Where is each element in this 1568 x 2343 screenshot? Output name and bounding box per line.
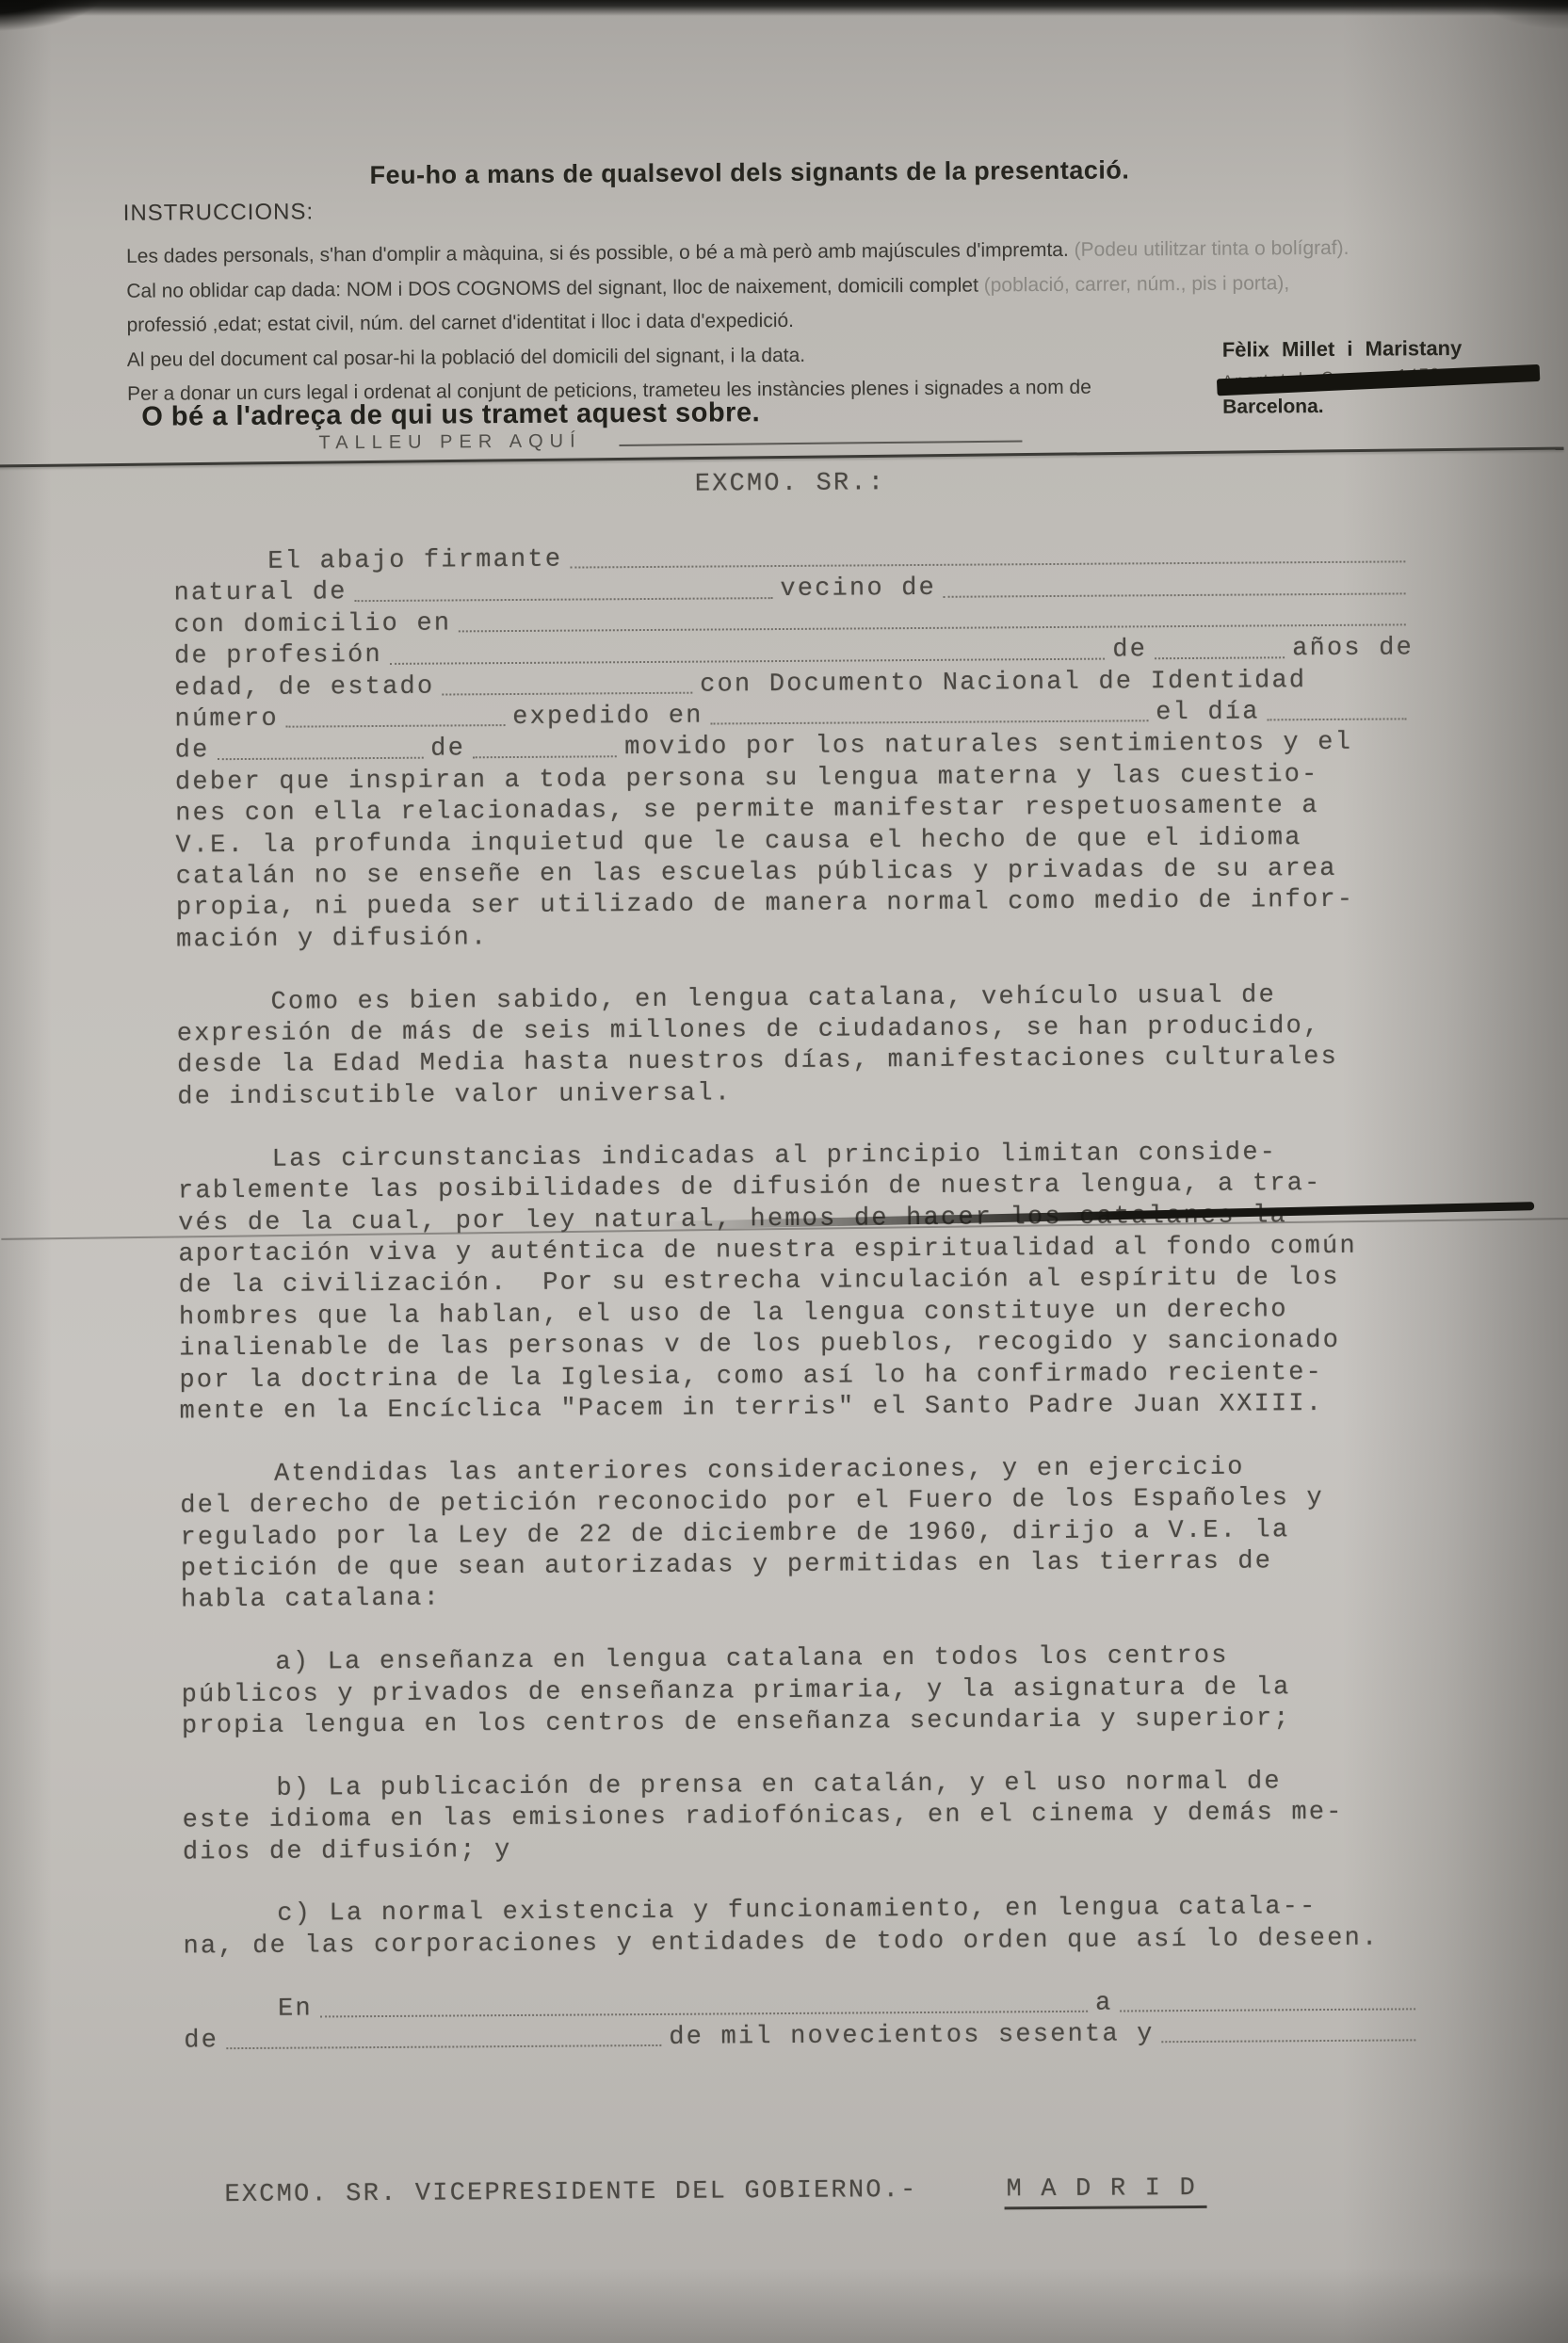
handover-note: Feu-ho a mans de qualsevol dels signants… xyxy=(0,154,1506,193)
blank-field xyxy=(1155,634,1285,658)
addressee-city: Barcelona. xyxy=(1222,394,1552,418)
letter-text: movido por los naturales sentimientos y … xyxy=(624,728,1352,765)
letter-text: expedido en xyxy=(512,702,703,735)
letter-text: a xyxy=(1095,1988,1113,2020)
document-content: Feu-ho a mans de qualsevol dels signants… xyxy=(0,0,1568,2343)
blank-field xyxy=(226,2023,661,2050)
blank-field xyxy=(944,571,1406,598)
paragraph-indent xyxy=(184,1994,278,2026)
letter-text: número xyxy=(174,704,279,736)
letter-text: de mil novecientos sesenta y xyxy=(669,2019,1155,2054)
letter-text: natural de xyxy=(173,578,347,611)
letter-text: de xyxy=(1112,636,1147,668)
letter-text: de xyxy=(175,736,210,768)
crossed-out-address-text: Apartat de Correus 1470 xyxy=(1222,364,1442,390)
blank-field xyxy=(473,734,617,758)
footer-city: M A D R I D xyxy=(1004,2174,1206,2209)
blank-field xyxy=(286,703,505,728)
addressee-block: Fèlix Millet i Maristany Apartat de Corr… xyxy=(1222,335,1553,418)
letter-text: con domicilio en xyxy=(174,608,452,641)
letter-body: El abajo firmantenatural devecino decon … xyxy=(173,539,1423,2058)
alternative-address-note: O bé a l'adreça de qui us tramet aquest … xyxy=(141,397,760,433)
letter-text: con Documento Nacional de Identidad xyxy=(700,666,1306,702)
cut-line-segment xyxy=(619,440,1022,445)
blank-field xyxy=(390,636,1106,665)
paragraph-indent xyxy=(182,1774,276,1806)
cut-rule-line xyxy=(0,447,1564,468)
paragraph-indent xyxy=(173,547,267,579)
paragraph-indent xyxy=(178,1144,272,1176)
letter-text: vecino de xyxy=(780,574,936,606)
blank-field xyxy=(320,1988,1088,2017)
letter-salutation: EXCMO. SR.: xyxy=(695,469,886,498)
blank-field xyxy=(711,698,1149,725)
letter-text: el día xyxy=(1156,697,1260,729)
paragraph-indent xyxy=(181,1648,275,1680)
blank-field xyxy=(570,539,1405,569)
footer-addressee: EXCMO. SR. VICEPRESIDENTE DEL GOBIERNO.- xyxy=(224,2176,917,2209)
blank-field xyxy=(442,670,692,695)
crossed-out-address: Apartat de Correus 1470 xyxy=(1222,362,1538,392)
paragraph-indent xyxy=(176,987,270,1019)
scanned-petition-document: Feu-ho a mans de qualsevol dels signants… xyxy=(0,0,1568,2343)
letter-text: En xyxy=(278,1994,313,2026)
letter-text: edad, de estado xyxy=(174,671,434,704)
addressee-name: Fèlix Millet i Maristany xyxy=(1222,335,1552,362)
letter-footer: EXCMO. SR. VICEPRESIDENTE DEL GOBIERNO.-… xyxy=(224,2174,1206,2215)
blank-field xyxy=(1268,696,1407,720)
letter-text: mación y difusión. xyxy=(176,923,488,957)
letter-text: de xyxy=(184,2026,218,2058)
blank-field xyxy=(354,574,772,602)
letter-text: de profesión xyxy=(174,640,382,673)
letter-text: años de xyxy=(1292,634,1414,666)
paragraph-indent xyxy=(183,1899,277,1931)
letter-text: de xyxy=(430,735,465,767)
paragraph-indent xyxy=(180,1460,274,1492)
blank-field xyxy=(1120,1986,1415,2012)
blank-field xyxy=(217,735,423,760)
cut-here-label: TALLEU PER AQUÍ xyxy=(318,430,581,454)
letter-text: de indiscutible valor universal. xyxy=(177,1078,732,1114)
instructions-heading: INSTRUCCIONS: xyxy=(123,199,315,226)
letter-text: habla catalana: xyxy=(181,1584,441,1617)
letter-text: dios de difusión; y xyxy=(183,1835,512,1869)
letter-text: El abajo firmante xyxy=(267,545,562,579)
blank-field xyxy=(1162,2017,1416,2043)
